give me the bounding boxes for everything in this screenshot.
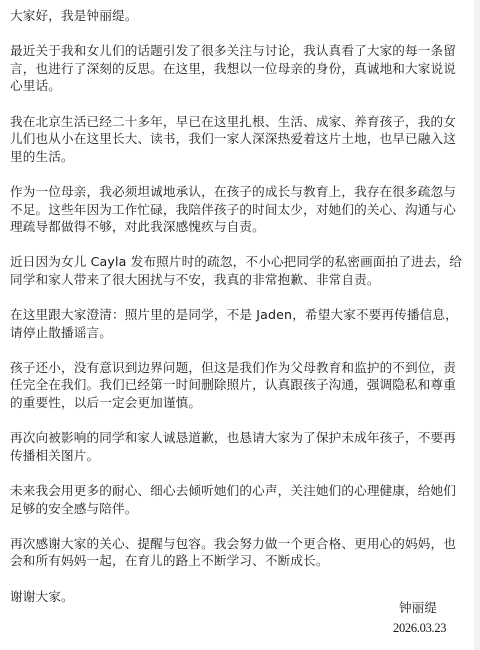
paragraph-7: 再次向被影响的同学和家人诚恳道歉，也恳请大家为了保护未成年孩子，不要再传播相关图… [10, 429, 468, 464]
paragraph-8: 未来我会用更多的耐心、细心去倾听她们的心声，关注她们的心理健康，给她们足够的安全… [10, 482, 468, 517]
page-edge-strip [474, 0, 480, 650]
paragraph-1: 最近关于我和女儿们的话题引发了很多关注与讨论，我认真看了大家的每一条留言，也进行… [10, 42, 468, 95]
paragraph-2: 我在北京生活已经二十多年，早已在这里扎根、生活、成家、养育孩子，我的女儿们也从小… [10, 113, 468, 166]
greeting: 大家好，我是钟丽缇。 [10, 7, 468, 25]
paragraph-5: 在这里跟大家澄清：照片里的是同学，不是 Jaden，希望大家不要再传播信息，请停… [10, 306, 468, 341]
paragraph-4: 近日因为女儿 Cayla 发布照片时的疏忽，不小心把同学的私密画面拍了进去，给同… [10, 253, 468, 288]
paragraph-6: 孩子还小，没有意识到边界问题，但这是我们作为父母教育和监护的不到位，责任完全在我… [10, 359, 468, 412]
signature: 钟丽缇 [399, 599, 437, 616]
statement-letter: 大家好，我是钟丽缇。 最近关于我和女儿们的话题引发了很多关注与讨论，我认真看了大… [10, 7, 468, 623]
paragraph-9: 再次感谢大家的关心、提醒与包容。我会努力做一个更合格、更用心的妈妈，也会和所有妈… [10, 535, 468, 570]
date: 2026.03.23 [393, 620, 446, 637]
paragraph-3: 作为一位母亲，我必须坦诚地承认，在孩子的成长与教育上，我存在很多疏忽与不足。这些… [10, 183, 468, 236]
